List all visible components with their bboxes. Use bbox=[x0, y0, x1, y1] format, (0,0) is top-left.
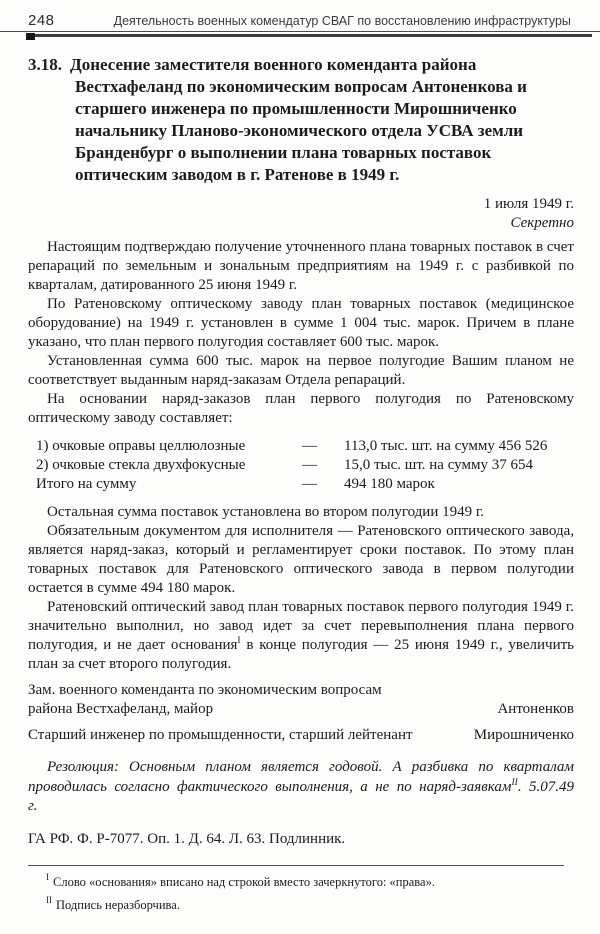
signature-position: Зам. военного коменданта по экономически… bbox=[28, 681, 426, 719]
item-dash: — bbox=[288, 456, 344, 475]
footnote-marker: I bbox=[46, 872, 53, 882]
document-title-text: Донесение заместителя военного комендант… bbox=[70, 55, 527, 184]
items-table: 1) очковые оправы целлюлозные — 113,0 ты… bbox=[36, 437, 574, 494]
header-rule-square bbox=[26, 33, 35, 40]
item-name: 2) очковые стекла двухфокусные bbox=[36, 456, 288, 475]
classification-label: Секретно bbox=[28, 214, 574, 233]
paragraph-5: Остальная сумма поставок установлена во … bbox=[28, 503, 574, 522]
footnote-marker: II bbox=[46, 895, 56, 905]
resolution-note: Резолюция: Основным планом является годо… bbox=[28, 758, 574, 817]
document-title-number: 3.18. bbox=[28, 55, 70, 74]
paragraph-7: Ратеновский оптический завод план товарн… bbox=[28, 598, 574, 674]
table-row-total: Итого на сумму — 494 180 марок bbox=[36, 475, 574, 494]
paragraph-2: По Ратеновскому оптическому заводу план … bbox=[28, 295, 574, 352]
item-name: Итого на сумму bbox=[36, 475, 288, 494]
paragraph-6: Обязательным документом для исполнителя … bbox=[28, 522, 574, 598]
paragraph-3: Установленная сумма 600 тыс. марок на пе… bbox=[28, 352, 574, 390]
signature-position: Старший инженер по промышденности, старш… bbox=[28, 726, 426, 745]
running-header: 248 Деятельность военных комендатур СВАГ… bbox=[0, 0, 600, 32]
document-date: 1 июля 1949 г. bbox=[28, 195, 574, 214]
signature-name: Мирошниченко bbox=[474, 726, 574, 745]
item-value: 15,0 тыс. шт. на сумму 37 654 bbox=[344, 456, 574, 475]
resolution-text: Резолюция: Основным планом является годо… bbox=[28, 759, 574, 795]
footnote-separator bbox=[28, 865, 564, 866]
paragraph-4: На основании наряд-заказов план первого … bbox=[28, 390, 574, 428]
paragraph-1: Настоящим подтверждаю получение уточненн… bbox=[28, 238, 574, 295]
table-row: 1) очковые оправы целлюлозные — 113,0 ты… bbox=[36, 437, 574, 456]
footnote-text: Подпись неразборчива. bbox=[56, 898, 180, 912]
footnote-text: Слово «основания» вписано над строкой вм… bbox=[53, 875, 435, 889]
table-row: 2) очковые стекла двухфокусные — 15,0 ты… bbox=[36, 456, 574, 475]
item-name: 1) очковые оправы целлюлозные bbox=[36, 437, 288, 456]
archive-reference: ГА РФ. Ф. Р-7077. Оп. 1. Д. 64. Л. 63. П… bbox=[28, 830, 574, 849]
footnote-2: IIПодпись неразборчива. bbox=[46, 897, 574, 914]
book-page: 248 Деятельность военных комендатур СВАГ… bbox=[0, 0, 600, 934]
footnotes-section: IСлово «основания» вписано над строкой в… bbox=[28, 865, 574, 914]
item-value: 113,0 тыс. шт. на сумму 456 526 bbox=[344, 437, 574, 456]
running-title: Деятельность военных комендатур СВАГ по … bbox=[55, 14, 590, 28]
item-value: 494 180 марок bbox=[344, 475, 574, 494]
signature-block-miroshnichenko: Старший инженер по промышденности, старш… bbox=[28, 726, 574, 745]
item-dash: — bbox=[288, 437, 344, 456]
page-number: 248 bbox=[28, 12, 55, 29]
signature-block-antonenkov: Зам. военного коменданта по экономически… bbox=[28, 681, 574, 719]
item-dash: — bbox=[288, 475, 344, 494]
document-title: 3.18.Донесение заместителя военного коме… bbox=[28, 54, 534, 186]
signature-name: Антоненков bbox=[497, 700, 574, 719]
date-block: 1 июля 1949 г. Секретно bbox=[28, 195, 574, 233]
footnote-1: IСлово «основания» вписано над строкой в… bbox=[46, 874, 574, 891]
header-rule-line bbox=[35, 34, 592, 37]
document-body: 3.18.Донесение заместителя военного коме… bbox=[0, 54, 600, 914]
header-rule bbox=[0, 32, 600, 40]
